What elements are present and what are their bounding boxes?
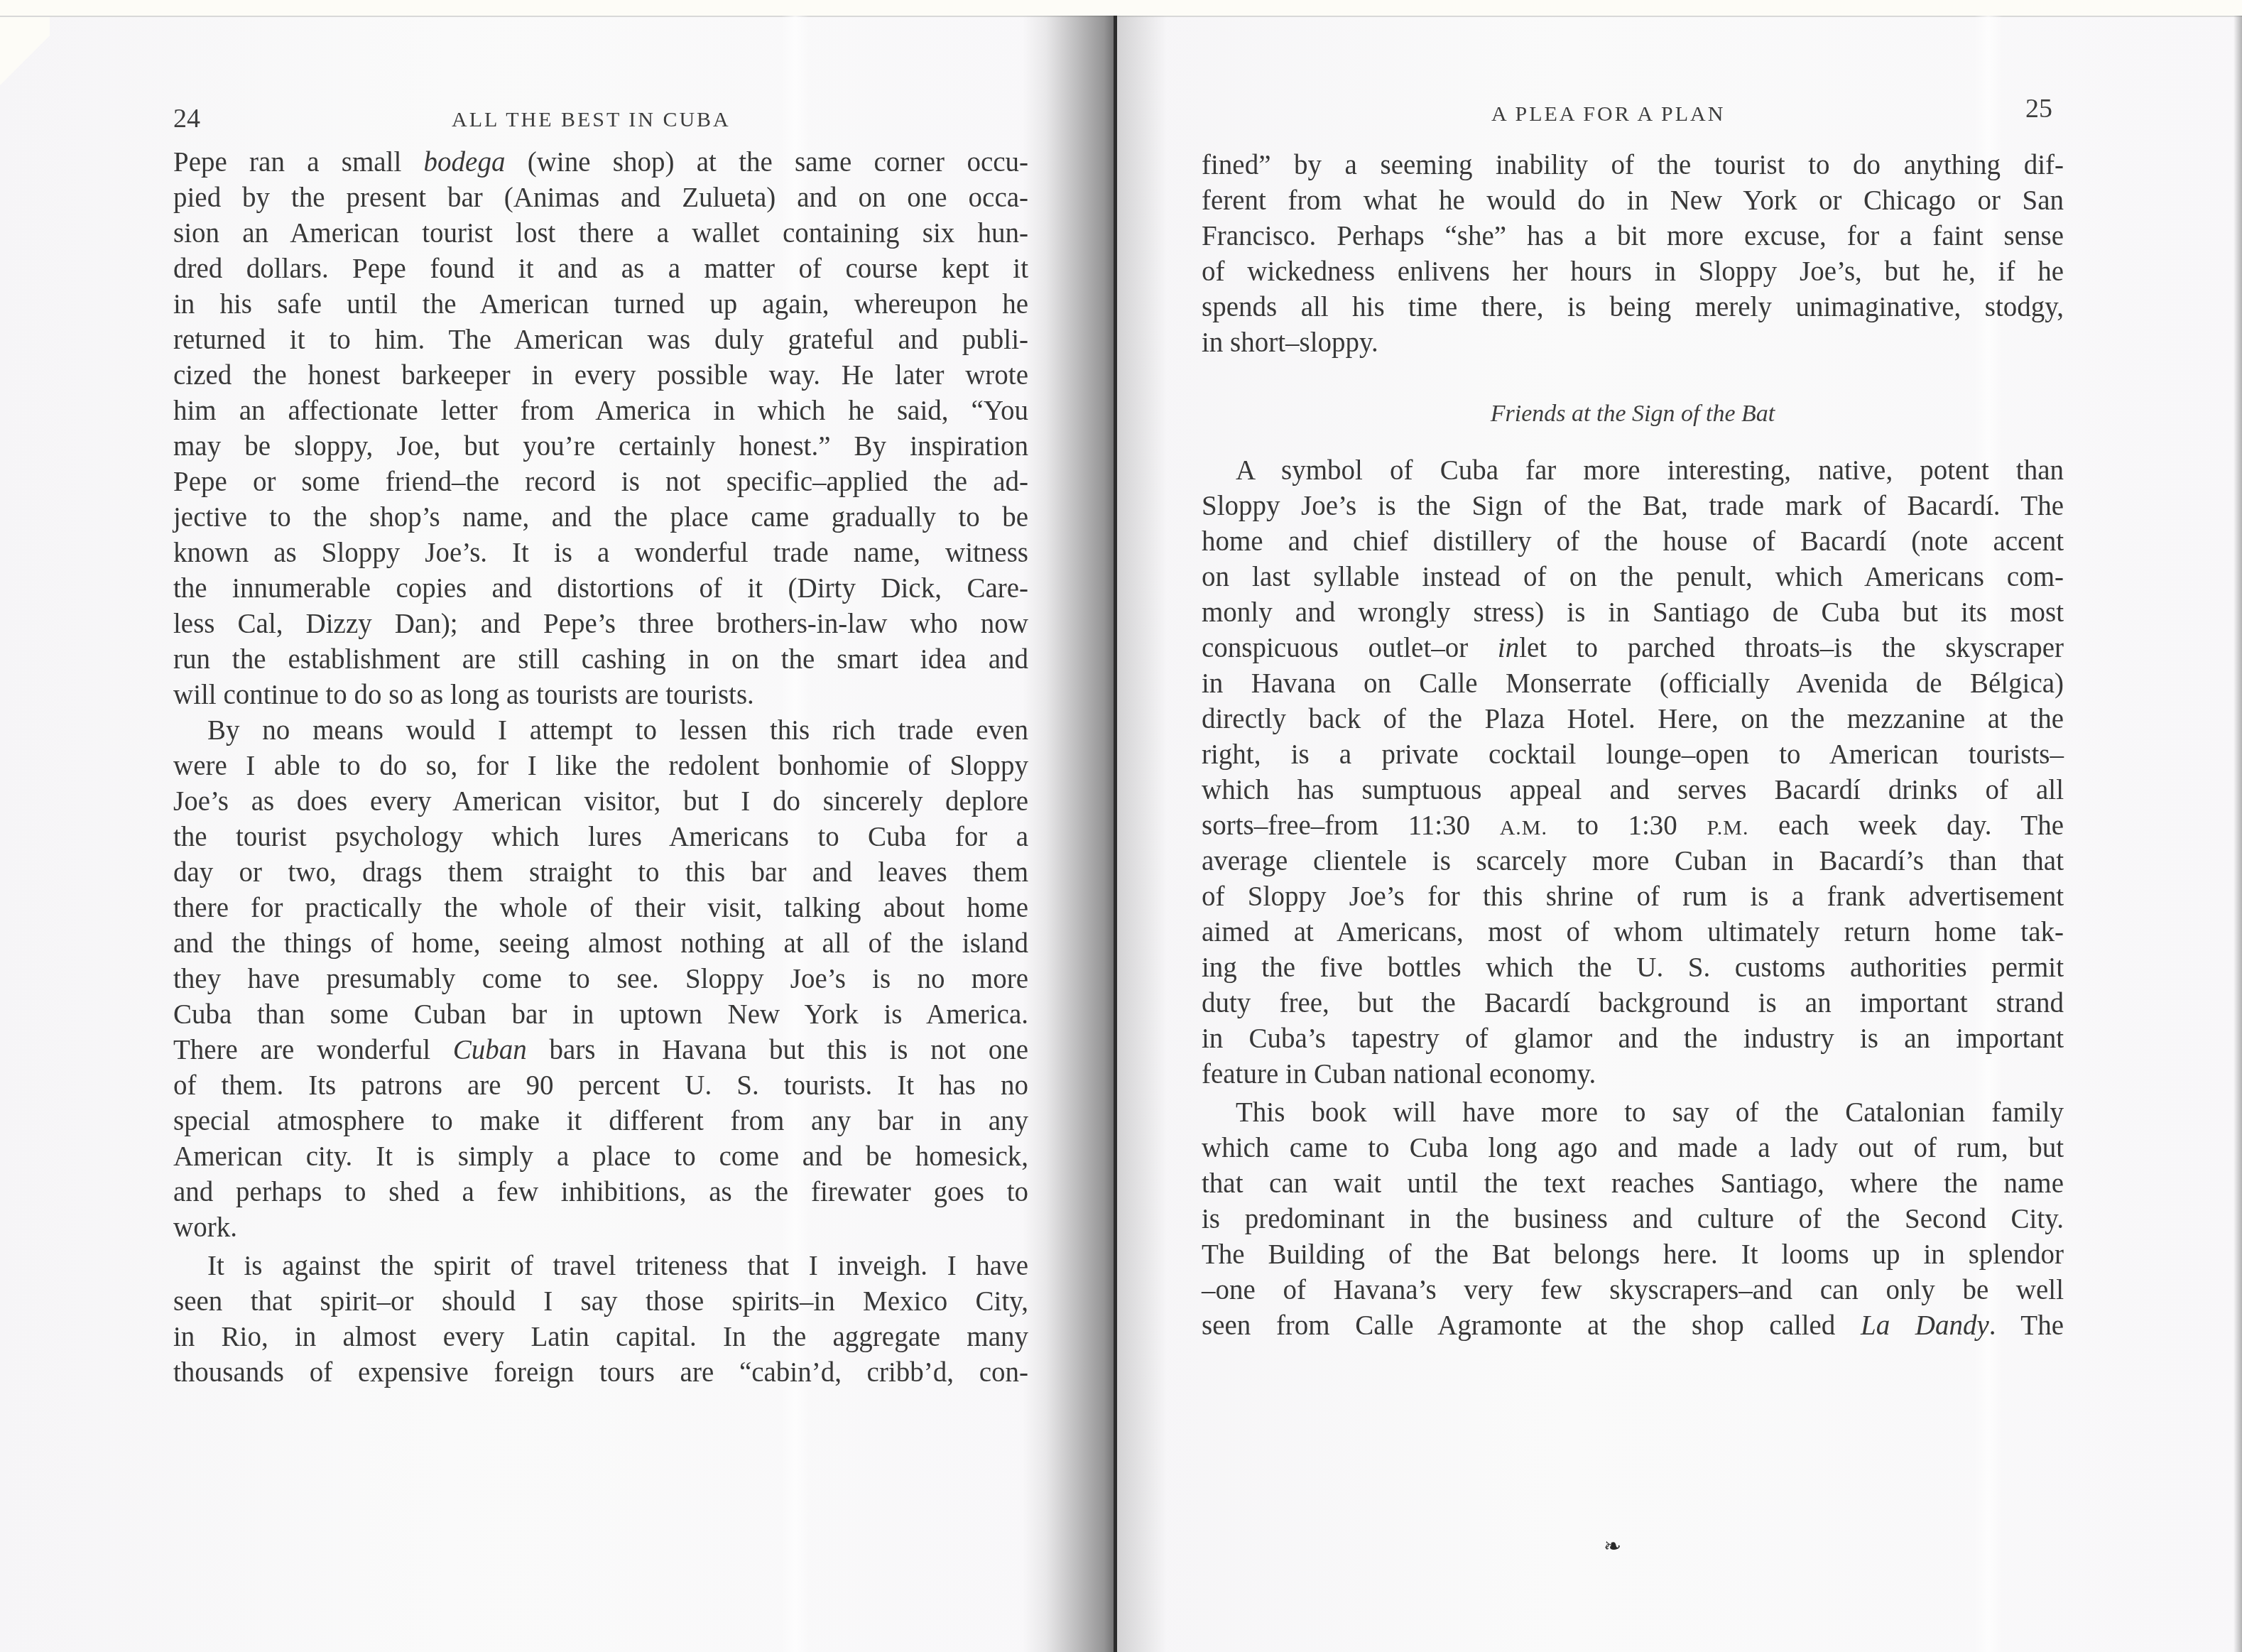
gutter-shadow-right: [1117, 16, 1167, 1652]
text-line: Pepe or some friend–the record is not sp…: [173, 464, 1028, 500]
italic-term: Cuban: [453, 1035, 527, 1065]
text-line: There are wonderful Cuban bars in Havana…: [173, 1033, 1028, 1068]
time-abbrev: P.M.: [1707, 816, 1748, 839]
italic-term: La Dandy: [1861, 1310, 1989, 1341]
text-line: This book will have more to say of the C…: [1202, 1095, 2064, 1131]
italic-term: in: [1498, 633, 1519, 663]
text-line: on last syllable instead of on the penul…: [1202, 560, 2064, 595]
text-line: ing the five bottles which the U. S. cus…: [1202, 950, 2064, 986]
text-line: seen that spirit–or should I say those s…: [173, 1284, 1028, 1320]
text-line: directly back of the Plaza Hotel. Here, …: [1202, 702, 2064, 737]
text-line: sion an American tourist lost there a wa…: [173, 216, 1028, 251]
text-line: dred dollars. Pepe found it and as a mat…: [173, 251, 1028, 287]
text-line: were I able to do so, for I like the red…: [173, 749, 1028, 784]
text-line: less Cal, Dizzy Dan); and Pepe’s three b…: [173, 607, 1028, 642]
text-line: and the things of home, seeing almost no…: [173, 926, 1028, 962]
text-line: may be sloppy, Joe, but you’re certainly…: [173, 429, 1028, 464]
text-line: will continue to do so as long as touris…: [173, 678, 1028, 713]
section-heading: Friends at the Sign of the Bat: [1202, 396, 2064, 432]
text-line: there for practically the whole of their…: [173, 891, 1028, 926]
text-line: American city. It is simply a place to c…: [173, 1139, 1028, 1175]
text-line: thousands of expensive foreign tours are…: [173, 1355, 1028, 1391]
text-line: It is against the spirit of travel trite…: [173, 1249, 1028, 1284]
text-line: run the establishment are still cashing …: [173, 642, 1028, 678]
text-line: in Rio, in almost every Latin capital. I…: [173, 1320, 1028, 1355]
text-line: in his safe until the American turned up…: [173, 287, 1028, 322]
text-line: average clientele is scarcely more Cuban…: [1202, 844, 2064, 879]
text-line: in Havana on Calle Monserrate (officiall…: [1202, 666, 2064, 702]
text-line: A symbol of Cuba far more interesting, n…: [1202, 453, 2064, 489]
text-line: special atmosphere to make it different …: [173, 1104, 1028, 1139]
text-line: right, is a private cocktail lounge–open…: [1202, 737, 2064, 773]
text-line: and perhaps to shed a few inhibitions, a…: [173, 1175, 1028, 1210]
page-number-right: 25: [2025, 95, 2052, 122]
text-line: jective to the shop’s name, and the plac…: [173, 500, 1028, 536]
time-abbrev: A.M.: [1500, 816, 1547, 839]
text-line: spends all his time there, is being mere…: [1202, 290, 2064, 325]
text-line: duty free, but the Bacardí background is…: [1202, 986, 2064, 1021]
scan-background-top: [0, 0, 2242, 16]
text-line: monly and wrongly stress) is in Santiago…: [1202, 595, 2064, 631]
text-line: Pepe ran a small bodega (wine shop) at t…: [173, 145, 1028, 180]
running-head-left: ALL THE BEST IN CUBA: [452, 109, 731, 131]
text-line: By no means would I attempt to lessen th…: [173, 713, 1028, 749]
text-line: that can wait until the text reaches San…: [1202, 1166, 2064, 1202]
section-spacer: [1202, 361, 2064, 396]
text-line: home and chief distillery of the house o…: [1202, 524, 2064, 560]
text-line: Francisco. Perhaps “she” has a bit more …: [1202, 219, 2064, 254]
page-number-left: 24: [173, 105, 200, 132]
text-line: aimed at Americans, most of whom ultimat…: [1202, 915, 2064, 950]
text-line: which came to Cuba long ago and made a l…: [1202, 1131, 2064, 1166]
page-corner: [0, 17, 50, 102]
text-line: in short–sloppy.: [1202, 325, 2064, 361]
text-line: returned it to him. The American was dul…: [173, 322, 1028, 358]
text-line: they have presumably come to see. Sloppy…: [173, 962, 1028, 997]
text-line: Joe’s as does every American visitor, bu…: [173, 784, 1028, 820]
text-line: the tourist psychology which lures Ameri…: [173, 820, 1028, 855]
left-text-column: Pepe ran a small bodega (wine shop) at t…: [173, 145, 1028, 1391]
text-line: of them. Its patrons are 90 percent U. S…: [173, 1068, 1028, 1104]
section-spacer: [1202, 432, 2064, 453]
text-line: seen from Calle Agramonte at the shop ca…: [1202, 1308, 2064, 1344]
text-line: –one of Havana’s very few skyscrapers–an…: [1202, 1273, 2064, 1308]
text-line: of Sloppy Joe’s for this shrine of rum i…: [1202, 879, 2064, 915]
italic-term: bodega: [424, 147, 506, 178]
text-line: known as Sloppy Joe’s. It is a wonderful…: [173, 536, 1028, 571]
text-line: is predominant in the business and cultu…: [1202, 1202, 2064, 1237]
text-line: conspicuous outlet–or inlet to parched t…: [1202, 631, 2064, 666]
right-page-edge: [2233, 16, 2242, 1652]
text-line: Cuba than some Cuban bar in uptown New Y…: [173, 997, 1028, 1033]
text-line: feature in Cuban national economy.: [1202, 1057, 2064, 1092]
right-text-column: fined” by a seeming inability of the tou…: [1202, 148, 2064, 1344]
text-line: fined” by a seeming inability of the tou…: [1202, 148, 2064, 183]
text-line: Sloppy Joe’s is the Sign of the Bat, tra…: [1202, 489, 2064, 524]
text-line: him an affectionate letter from America …: [173, 393, 1028, 429]
text-line: The Building of the Bat belongs here. It…: [1202, 1237, 2064, 1273]
text-line: in Cuba’s tapestry of glamor and the ind…: [1202, 1021, 2064, 1057]
running-head-right: A PLEA FOR A PLAN: [1491, 104, 1725, 125]
text-line: ferent from what he would do in New York…: [1202, 183, 2064, 219]
printer-ornament-icon: ❧: [1604, 1534, 1621, 1559]
gutter-shadow: [1023, 16, 1115, 1652]
text-line: day or two, drags them straight to this …: [173, 855, 1028, 891]
text-line: sorts–free–from 11:30 A.M. to 1:30 P.M. …: [1202, 808, 2064, 844]
text-line: of wickedness enlivens her hours in Slop…: [1202, 254, 2064, 290]
text-line: the innumerable copies and distortions o…: [173, 571, 1028, 607]
text-line: cized the honest barkeeper in every poss…: [173, 358, 1028, 393]
text-line: pied by the present bar (Animas and Zulu…: [173, 180, 1028, 216]
text-line: which has sumptuous appeal and serves Ba…: [1202, 773, 2064, 808]
text-line: work.: [173, 1210, 1028, 1246]
